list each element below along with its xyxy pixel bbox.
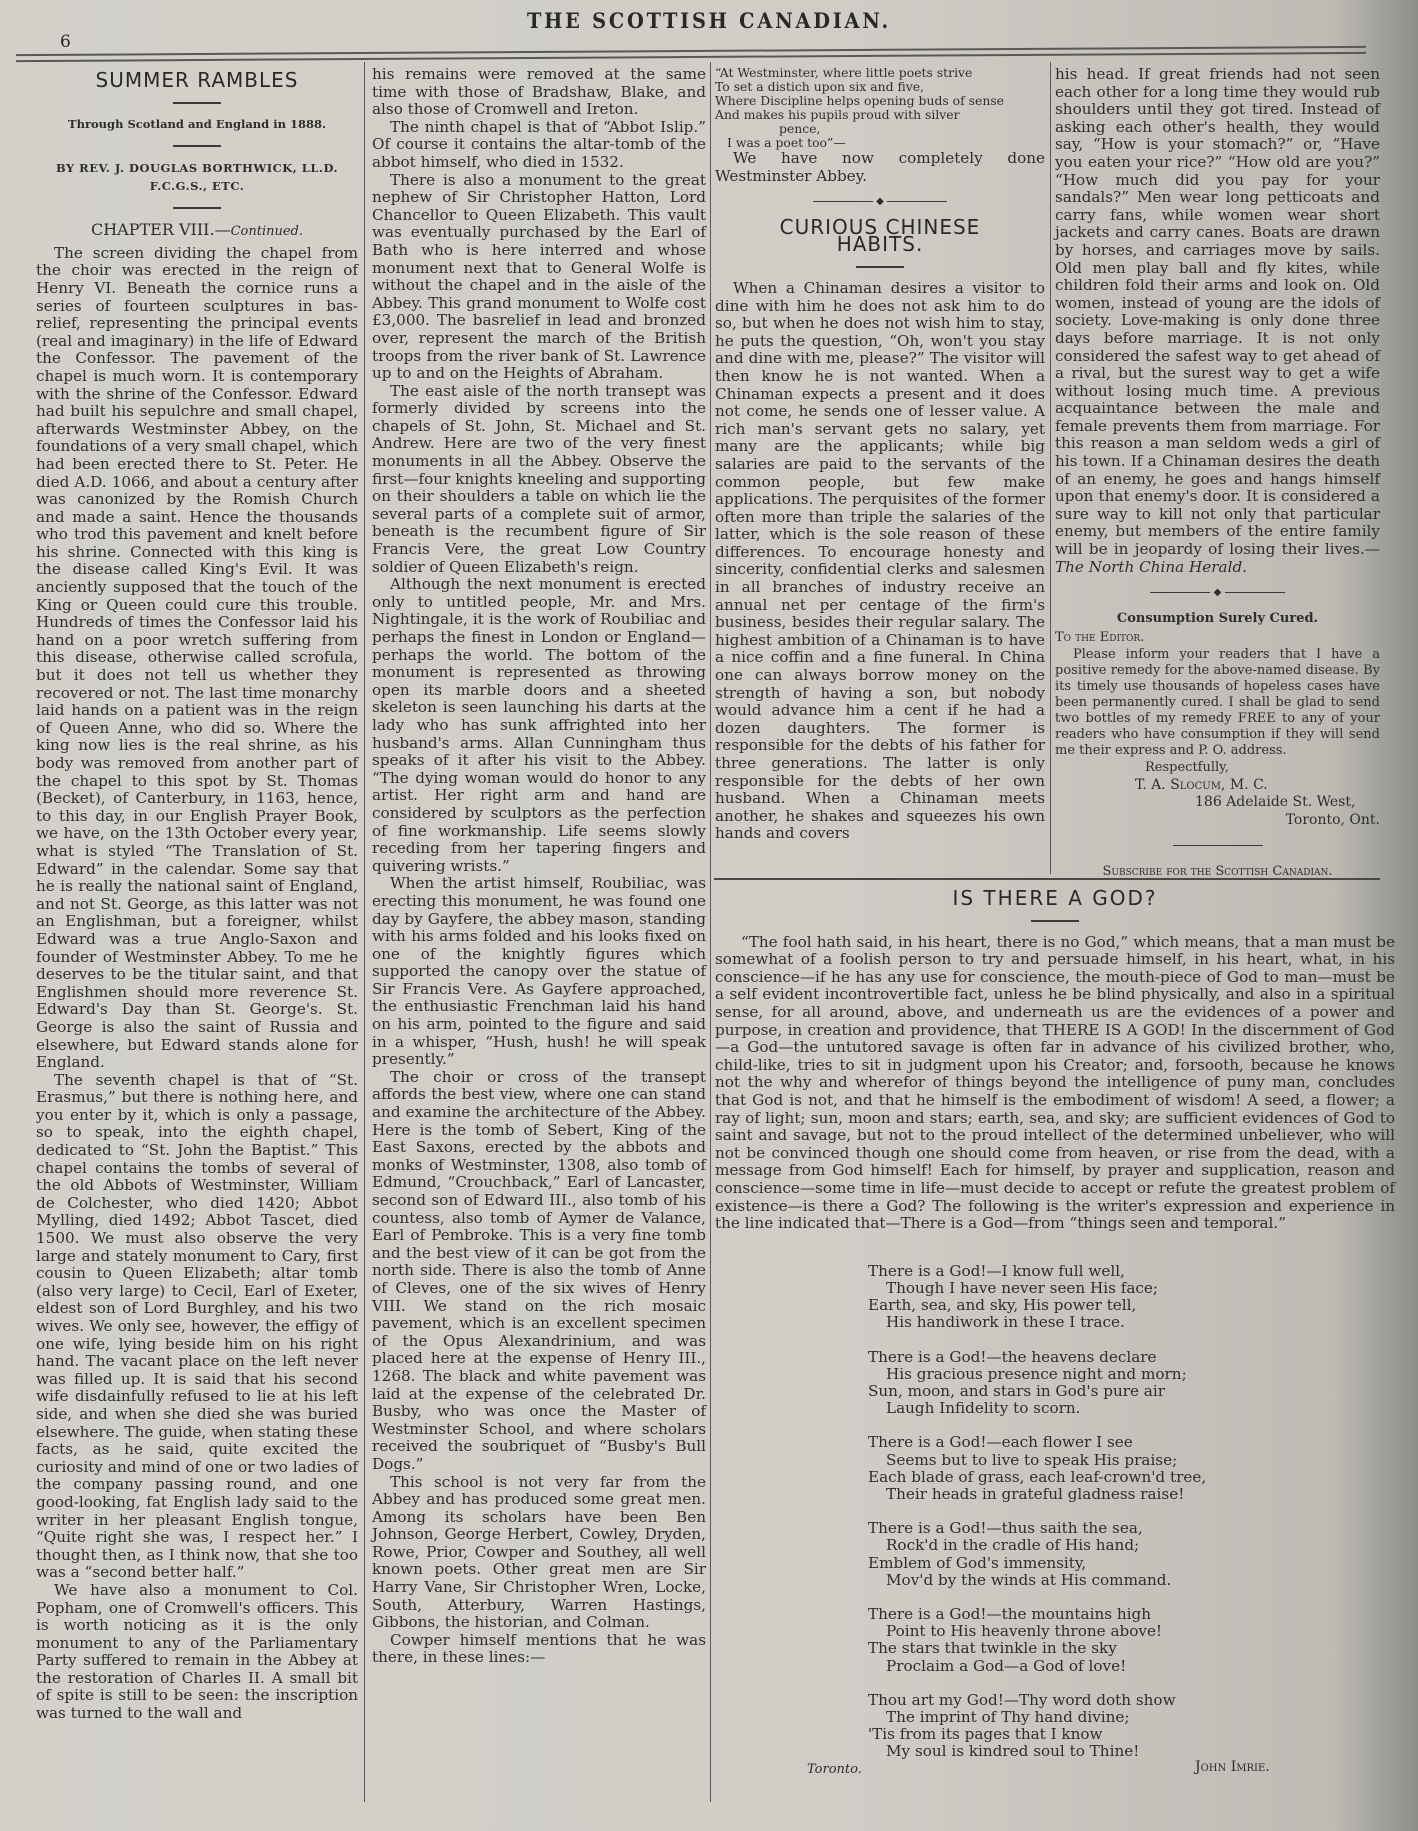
source-credit: The North China Herald. [1055,558,1247,576]
paragraph: This school is not very far from the Abb… [372,1474,706,1632]
poem-place: Toronto. [807,1761,862,1779]
paragraph: When a Chinaman desires a visitor to din… [715,280,1045,843]
consumption-headline: Consumption Surely Cured. [1055,610,1380,628]
divider [856,266,904,268]
ad-body: Please inform your readers that I have a… [1055,647,1380,759]
paragraph: The east aisle of the north transept was… [372,383,706,577]
column-3: “At Westminster, where little poets stri… [715,66,1045,843]
summer-rambles-headline: SUMMER RAMBLES [36,72,358,90]
closing: Respectfully, [1055,759,1380,777]
paragraph: We have also a monument to Col. Popham, … [36,1582,358,1723]
address-line-1: 186 Adelaide St. West, [1055,794,1380,812]
cowper-verse: “At Westminster, where little poets stri… [715,66,1045,150]
page-number: 6 [60,32,71,52]
divider [173,207,221,209]
is-there-a-god-article: IS THERE A GOD? “The fool hath said, in … [715,880,1395,1781]
ornament-divider: ◆ [1055,584,1380,602]
masthead-double-rule [16,46,1366,62]
paragraph: The seventh chapel is that of “St. Erasm… [36,1072,358,1582]
column-divider [364,62,365,1802]
column-2: his remains were removed at the same tim… [372,66,706,1667]
paragraph: his head. If great friends had not seen … [1055,66,1380,576]
paragraph: The choir or cross of the transept affor… [372,1069,706,1474]
signature: T. A. Slocum, M. C. [1055,777,1380,795]
column-4: his head. If great friends had not seen … [1055,66,1380,881]
poem-author: John Imrie. [1195,1759,1270,1777]
stanza: There is a God!—I know full well, Though… [868,1263,1395,1332]
god-headline: IS THERE A GOD? [715,890,1395,908]
ornament-divider: ◆ [715,193,1045,211]
paragraph: “The fool hath said, in his heart, there… [715,934,1395,1233]
paragraph: When the artist himself, Roubiliac, was … [372,875,706,1069]
stanza: There is a God!—the heavens declare His … [868,1349,1395,1418]
ornament-divider [1055,837,1380,855]
paragraph: Cowper himself mentions that he was ther… [372,1632,706,1667]
paragraph: There is also a monument to the great ne… [372,172,706,383]
paragraph: Although the next monument is erected on… [372,576,706,875]
column-divider [710,62,711,1802]
divider [173,145,221,147]
column-divider [1050,62,1051,874]
stanza: There is a God!—each flower I see Seems … [868,1434,1395,1503]
poem-footer: Toronto. John Imrie. [715,1761,1395,1781]
column-1: SUMMER RAMBLES Through Scotland and Engl… [36,66,358,1723]
stanza: There is a God!—thus saith the sea, Rock… [868,1520,1395,1589]
divider [1031,920,1079,922]
byline: BY REV. J. DOUGLAS BORTHWICK, LL.D. [36,159,358,177]
paragraph: The screen dividing the chapel from the … [36,245,358,1072]
divider [173,102,221,104]
chapter-heading: CHAPTER VIII.—Continued. [36,221,358,241]
paragraph: We have now completely done Westminster … [715,150,1045,185]
stanza: There is a God!—the mountains high Point… [868,1606,1395,1675]
chinese-habits-headline: CURIOUS CHINESE HABITS. [715,219,1045,254]
summer-rambles-subhead: Through Scotland and England in 1888. [36,116,358,134]
poem: There is a God!—I know full well, Though… [868,1263,1395,1761]
paragraph: The ninth chapel is that of “Abbot Islip… [372,119,706,172]
subscribe-notice: Subscribe for the Scottish Canadian. [1055,863,1380,881]
masthead-title: THE SCOTTISH CANADIAN. [57,8,1362,33]
stanza: Thou art my God!—Thy word doth show The … [868,1692,1395,1761]
paragraph: his remains were removed at the same tim… [372,66,706,119]
salutation: To the Editor. [1055,629,1380,647]
address-line-2: Toronto, Ont. [1055,812,1380,830]
byline-credentials: F.C.G.S., ETC. [36,177,358,195]
